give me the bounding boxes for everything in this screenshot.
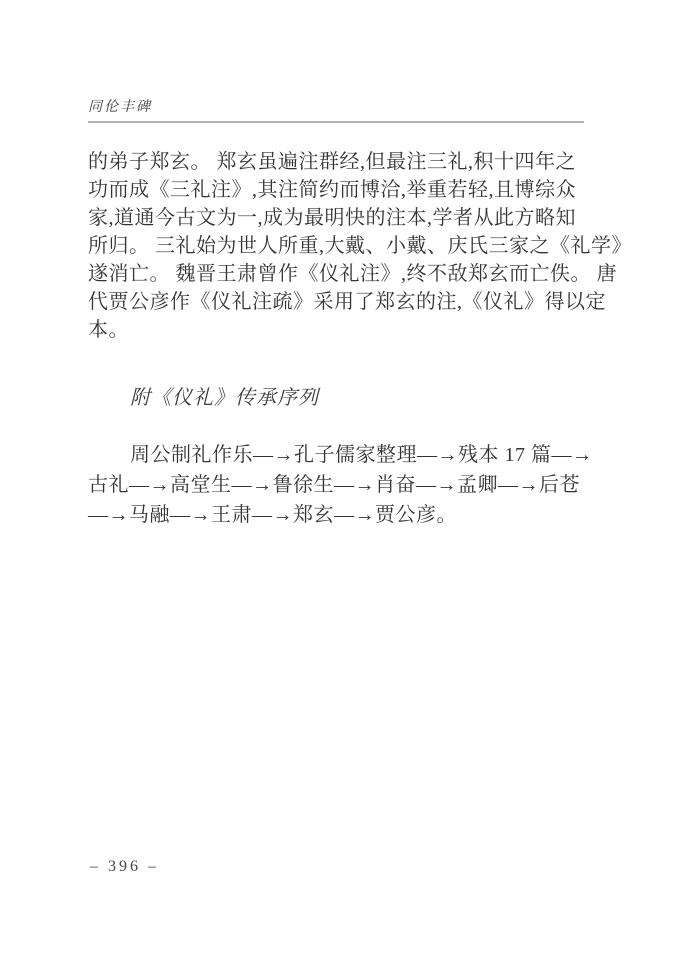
body-text-line: 遂消亡。 魏晋王肃曾作《仪礼注》,终不敌郑玄而亡佚。 唐 [88, 260, 604, 288]
body-text-line: 代贾公彦作《仪礼注疏》采用了郑玄的注,《仪礼》得以定 [88, 288, 604, 316]
sequence-text-line: 周公制礼作乐—→孔子儒家整理—→残本 17 篇—→ [88, 440, 604, 470]
body-text-line: 的弟子郑玄。 郑玄虽遍注群经,但最注三礼,积十四年之 [88, 148, 604, 176]
sequence-text-line: —→马融—→王肃—→郑玄—→贾公彦。 [88, 500, 604, 530]
header-rule [88, 121, 584, 123]
body-paragraph: 的弟子郑玄。 郑玄虽遍注群经,但最注三礼,积十四年之功而成《三礼注》,其注简约而… [88, 148, 604, 344]
sequence-text-line: 古礼—→高堂生—→鲁徐生—→肖奋—→孟卿—→后苍 [88, 470, 604, 500]
body-text-line: 家,道通今古文为一,成为最明快的注本,学者从此方略知 [88, 204, 604, 232]
page-content: 同伦丰碑 的弟子郑玄。 郑玄虽遍注群经,但最注三礼,积十四年之功而成《三礼注》,… [88, 0, 604, 530]
page-number: – 396 – [90, 858, 159, 876]
body-text-line: 功而成《三礼注》,其注简约而博洽,举重若轻,且博综众 [88, 176, 604, 204]
running-header-title: 同伦丰碑 [88, 96, 604, 120]
body-text-line: 本。 [88, 316, 604, 344]
section-subheading: 附《仪礼》传承序列 [88, 384, 604, 412]
book-page: 同伦丰碑 的弟子郑玄。 郑玄虽遍注群经,但最注三礼,积十四年之功而成《三礼注》,… [0, 0, 692, 968]
body-text-line: 所归。 三礼始为世人所重,大戴、小戴、庆氏三家之《礼学》 [88, 232, 604, 260]
transmission-sequence-paragraph: 周公制礼作乐—→孔子儒家整理—→残本 17 篇—→古礼—→高堂生—→鲁徐生—→肖… [88, 440, 604, 530]
